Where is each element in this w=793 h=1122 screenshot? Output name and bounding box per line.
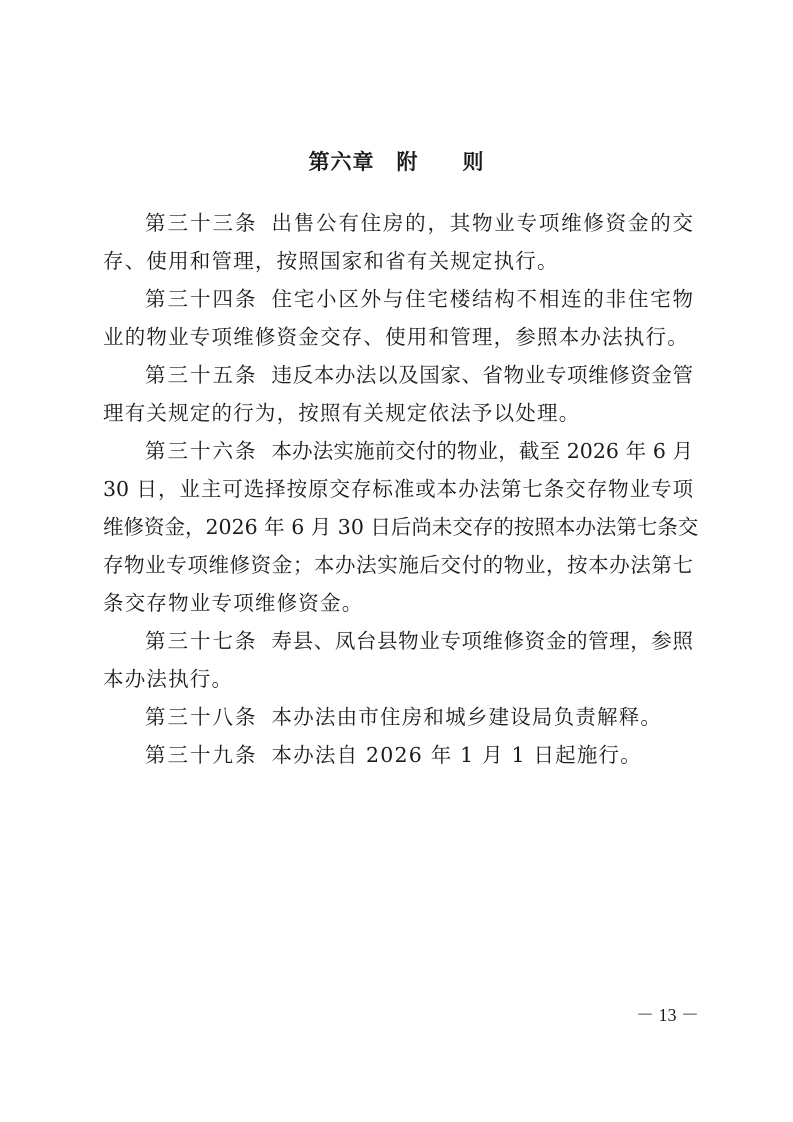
article-34-line-1: 第三十四条 住宅小区外与住宅楼结构不相连的非住宅物 bbox=[103, 285, 693, 323]
article-number: 第三十三条 bbox=[145, 209, 258, 247]
article-text: 违反本办法以及国家、省物业专项维修资金管 bbox=[272, 361, 694, 399]
article-35-line-1: 第三十五条 违反本办法以及国家、省物业专项维修资金管 bbox=[103, 361, 693, 399]
article-number: 第三十七条 bbox=[145, 627, 258, 665]
chapter-title: 第六章 附 则 bbox=[0, 146, 793, 176]
article-36-line-2: 30 日，业主可选择按原交存标准或本办法第七条交存物业专项 bbox=[103, 475, 693, 513]
article-text: 寿县、凤台县物业专项维修资金的管理，参照 bbox=[272, 627, 694, 665]
article-text: 本办法实施前交付的物业，截至 2026 年 6 月 bbox=[272, 437, 694, 475]
article-text: 条交存物业专项维修资金。 bbox=[103, 589, 693, 627]
article-33-line-1: 第三十三条 出售公有住房的，其物业专项维修资金的交 bbox=[103, 209, 693, 247]
article-number: 第三十九条 bbox=[145, 741, 258, 779]
article-text: 维修资金，2026 年 6 月 30 日后尚未交存的按照本办法第七条交 bbox=[103, 513, 693, 551]
article-38-line-1: 第三十八条 本办法由市住房和城乡建设局负责解释。 bbox=[103, 703, 693, 741]
article-text: 理有关规定的行为，按照有关规定依法予以处理。 bbox=[103, 399, 693, 437]
document-page: 第六章 附 则 第三十三条 出售公有住房的，其物业专项维修资金的交 存、使用和管… bbox=[0, 0, 793, 1122]
article-33-line-2: 存、使用和管理，按照国家和省有关规定执行。 bbox=[103, 247, 693, 285]
article-number: 第三十五条 bbox=[145, 361, 258, 399]
article-text: 业的物业专项维修资金交存、使用和管理，参照本办法执行。 bbox=[103, 323, 693, 361]
article-35-line-2: 理有关规定的行为，按照有关规定依法予以处理。 bbox=[103, 399, 693, 437]
article-text: 本办法执行。 bbox=[103, 665, 693, 703]
article-text: 本办法由市住房和城乡建设局负责解释。 bbox=[272, 703, 694, 741]
document-body: 第三十三条 出售公有住房的，其物业专项维修资金的交 存、使用和管理，按照国家和省… bbox=[103, 209, 693, 779]
article-36-line-4: 存物业专项维修资金；本办法实施后交付的物业，按本办法第七 bbox=[103, 551, 693, 589]
article-39-line-1: 第三十九条 本办法自 2026 年 1 月 1 日起施行。 bbox=[103, 741, 693, 779]
article-36-line-1: 第三十六条 本办法实施前交付的物业，截至 2026 年 6 月 bbox=[103, 437, 693, 475]
article-37-line-2: 本办法执行。 bbox=[103, 665, 693, 703]
article-text: 住宅小区外与住宅楼结构不相连的非住宅物 bbox=[272, 285, 694, 323]
article-number: 第三十八条 bbox=[145, 703, 258, 741]
article-text: 本办法自 2026 年 1 月 1 日起施行。 bbox=[272, 741, 694, 779]
article-37-line-1: 第三十七条 寿县、凤台县物业专项维修资金的管理，参照 bbox=[103, 627, 693, 665]
article-text: 存、使用和管理，按照国家和省有关规定执行。 bbox=[103, 247, 693, 285]
article-36-line-3: 维修资金，2026 年 6 月 30 日后尚未交存的按照本办法第七条交 bbox=[103, 513, 693, 551]
page-number: － 13 － bbox=[636, 1001, 699, 1027]
article-text: 存物业专项维修资金；本办法实施后交付的物业，按本办法第七 bbox=[103, 551, 693, 589]
article-number: 第三十四条 bbox=[145, 285, 258, 323]
article-34-line-2: 业的物业专项维修资金交存、使用和管理，参照本办法执行。 bbox=[103, 323, 693, 361]
article-text: 出售公有住房的，其物业专项维修资金的交 bbox=[272, 209, 694, 247]
article-36-line-5: 条交存物业专项维修资金。 bbox=[103, 589, 693, 627]
article-number: 第三十六条 bbox=[145, 437, 258, 475]
article-text: 30 日，业主可选择按原交存标准或本办法第七条交存物业专项 bbox=[103, 475, 693, 513]
